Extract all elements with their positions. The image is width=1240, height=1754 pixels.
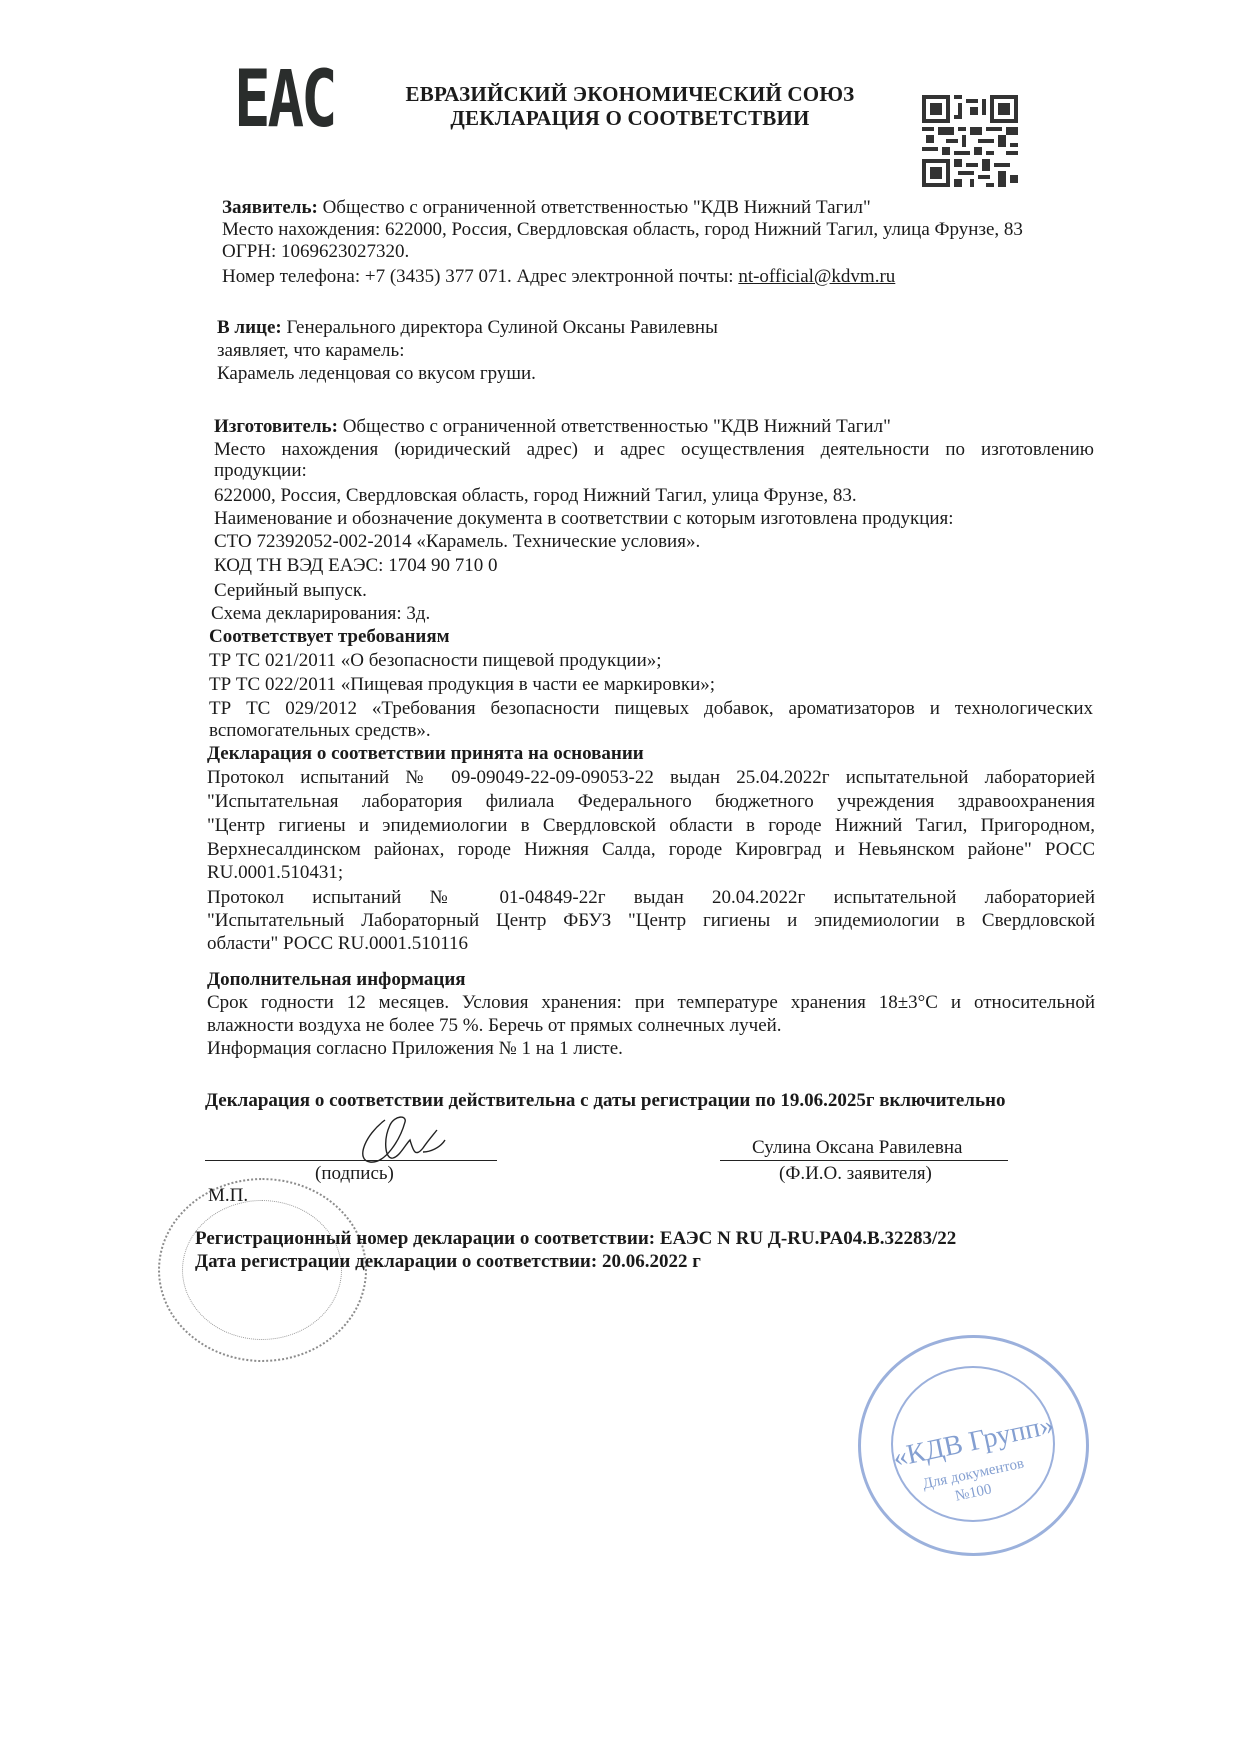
standard-doc-title: Наименование и обозначение документа в с… bbox=[214, 508, 954, 530]
applicant-name: Общество с ограниченной ответственностью… bbox=[318, 197, 871, 218]
applicant-label: Заявитель: bbox=[222, 197, 318, 218]
representative-line: В лице: Генерального директора Сулиной О… bbox=[217, 317, 718, 339]
additional-line: влажности воздуха не более 75 %. Беречь … bbox=[207, 1015, 782, 1037]
protocol-1-line: "Центр гигиены и эпидемиологии в Свердло… bbox=[207, 815, 1095, 837]
declaration-scheme: Схема декларирования: 3д. bbox=[211, 603, 430, 625]
basis-heading: Декларация о соответствии принята на осн… bbox=[207, 743, 644, 765]
requirements-section: Соответствует требованиям ТР ТС 021/2011… bbox=[209, 626, 1093, 736]
serial-release: Серийный выпуск. bbox=[214, 580, 367, 602]
protocol-1-line: Верхнесалдинском районах, городе Нижняя … bbox=[207, 839, 1095, 861]
product-name: Карамель леденцовая со вкусом груши. bbox=[217, 363, 536, 385]
manufacturer-name: Общество с ограниченной ответственностью… bbox=[338, 416, 891, 437]
signer-name-line bbox=[720, 1160, 1008, 1161]
registration-date: Дата регистрации декларации о соответств… bbox=[195, 1251, 701, 1273]
manufacturer-label: Изготовитель: bbox=[214, 416, 338, 437]
document-header: ЕВРАЗИЙСКИЙ ЭКОНОМИЧЕСКИЙ СОЮЗ ДЕКЛАРАЦИ… bbox=[380, 82, 880, 130]
requirement-item: ТР ТС 021/2011 «О безопасности пищевой п… bbox=[209, 650, 662, 672]
signature-caption: (подпись) bbox=[315, 1163, 394, 1185]
manufacturer-address: 622000, Россия, Свердловская область, го… bbox=[214, 485, 857, 507]
representative-value: Генерального директора Сулиной Оксаны Ра… bbox=[282, 317, 718, 338]
hs-code: КОД ТН ВЭД ЕАЭС: 1704 90 710 0 bbox=[214, 555, 497, 577]
applicant-line: Заявитель: Общество с ограниченной ответ… bbox=[222, 197, 871, 219]
eac-logo: ЕАС bbox=[234, 60, 335, 140]
protocol-1-line: RU.0001.510431; bbox=[207, 862, 343, 884]
applicant-section: Заявитель: Общество с ограниченной ответ… bbox=[222, 197, 1092, 297]
registration-number: Регистрационный номер декларации о соотв… bbox=[195, 1228, 956, 1250]
manufacturer-location-2: продукции: bbox=[214, 460, 307, 482]
protocol-2-line: области" РОСС RU.0001.510116 bbox=[207, 933, 468, 955]
protocol-2-line: Протокол испытаний № 01-04849-22г выдан … bbox=[207, 887, 1095, 909]
protocol-1-line: Протокол испытаний № 09-09049-22-09-0905… bbox=[207, 767, 1095, 789]
qr-code bbox=[922, 95, 1018, 187]
requirements-heading: Соответствует требованиям bbox=[209, 626, 450, 648]
additional-line: Срок годности 12 месяцев. Условия хранен… bbox=[207, 992, 1095, 1014]
applicant-location: Место нахождения: 622000, Россия, Свердл… bbox=[222, 219, 1023, 241]
registration-section: Регистрационный номер декларации о соотв… bbox=[195, 1228, 1095, 1278]
additional-line: Информация согласно Приложения № 1 на 1 … bbox=[207, 1038, 623, 1060]
basis-section: Декларация о соответствии принята на осн… bbox=[207, 743, 1095, 943]
declaration-title: ДЕКЛАРАЦИЯ О СООТВЕТСТВИИ bbox=[380, 106, 880, 130]
signature-line bbox=[205, 1160, 497, 1161]
signature-mark bbox=[345, 1110, 455, 1170]
signer-caption: (Ф.И.О. заявителя) bbox=[779, 1163, 932, 1185]
additional-heading: Дополнительная информация bbox=[207, 969, 466, 991]
applicant-contacts: Номер телефона: +7 (3435) 377 071. Адрес… bbox=[222, 266, 895, 288]
representative-label: В лице: bbox=[217, 317, 282, 338]
requirement-item: ТР ТС 022/2011 «Пищевая продукция в част… bbox=[209, 674, 715, 696]
representative-section: В лице: Генерального директора Сулиной О… bbox=[217, 317, 1087, 387]
standard-doc-value: СТО 72392052-002-2014 «Карамель. Техниче… bbox=[214, 531, 700, 553]
signer-name: Сулина Оксана Равилевна bbox=[752, 1137, 962, 1159]
applicant-ogrn: ОГРН: 1069623027320. bbox=[222, 241, 409, 263]
manufacturer-line: Изготовитель: Общество с ограниченной от… bbox=[214, 416, 891, 438]
declares-text: заявляет, что карамель: bbox=[217, 340, 404, 362]
protocol-1-line: "Испытательная лаборатория филиала Федер… bbox=[207, 791, 1095, 813]
requirement-item: вспомогательных средств». bbox=[209, 720, 431, 742]
requirement-item: ТР ТС 029/2012 «Требования безопасности … bbox=[209, 698, 1093, 720]
additional-section: Дополнительная информация Срок годности … bbox=[207, 969, 1095, 1069]
manufacturer-section: Изготовитель: Общество с ограниченной от… bbox=[214, 416, 1094, 616]
protocol-2-line: "Испытательный Лабораторный Центр ФБУЗ "… bbox=[207, 910, 1095, 932]
manufacturer-location-1: Место нахождения (юридический адрес) и а… bbox=[214, 439, 1094, 461]
company-stamp-blue: «КДВ Групп» Для документов №100 bbox=[858, 1335, 1089, 1556]
validity-statement: Декларация о соответствии действительна … bbox=[205, 1090, 1005, 1112]
contacts-prefix: Номер телефона: +7 (3435) 377 071. Адрес… bbox=[222, 266, 738, 287]
email-link[interactable]: nt-official@kdvm.ru bbox=[738, 266, 895, 287]
union-title: ЕВРАЗИЙСКИЙ ЭКОНОМИЧЕСКИЙ СОЮЗ bbox=[380, 82, 880, 106]
